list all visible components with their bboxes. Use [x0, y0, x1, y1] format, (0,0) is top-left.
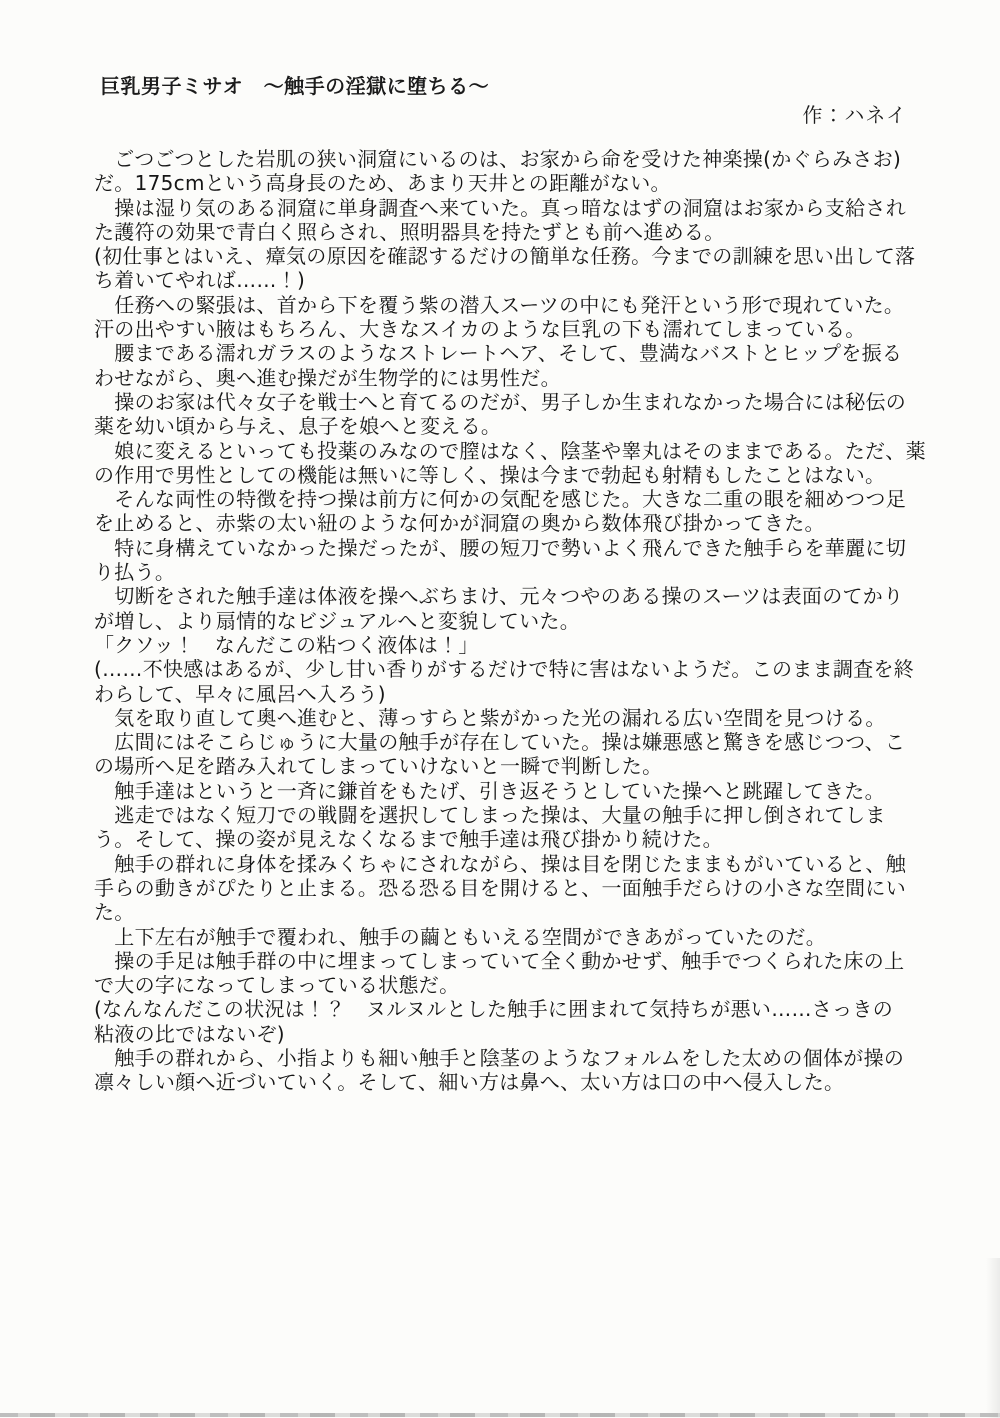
text-line: 操の手足は触手群の中に埋まってしまっていて全く動かせず、触手でつくられた床の上: [94, 949, 918, 973]
text-line: (なんなんだこの状況は！？ ヌルヌルとした触手に囲まれて気持ちが悪い……さっきの: [94, 997, 918, 1021]
author-credit: 作：ハネイ: [95, 99, 907, 128]
text-line: 粘液の比ではないぞ): [94, 1022, 918, 1046]
text-line: 上下左右が触手で覆われ、触手の繭ともいえる空間ができあがっていたのだ。: [94, 925, 918, 949]
text-line: り払う。: [94, 560, 918, 584]
scanned-page: 巨乳男子ミサオ ～触手の淫獄に堕ちる～ 作：ハネイ ごつごつとした岩肌の狭い洞窟…: [0, 0, 1000, 1418]
text-line: 手らの動きがぴたりと止まる。恐る恐る目を開けると、一面触手だらけの小さな空間にい: [94, 876, 918, 900]
text-line: た。: [94, 900, 918, 924]
text-line: 特に身構えていなかった操だったが、腰の短刀で勢いよく飛んできた触手らを華麗に切: [94, 536, 918, 560]
text-line: 腰まである濡れガラスのようなストレートヘア、そして、豊満なバストとヒップを振る: [94, 341, 918, 365]
text-line: 汗の出やすい腋はもちろん、大きなスイカのような巨乳の下も濡れてしまっている。: [94, 317, 918, 341]
text-line: 触手達はというと一斉に鎌首をもたげ、引き返そうとしていた操へと跳躍してきた。: [94, 779, 918, 803]
text-line: で大の字になってしまっている状態だ。: [94, 973, 918, 997]
text-line: そんな両性の特徴を持つ操は前方に何かの気配を感じた。大きな二重の眼を細めつつ足: [94, 487, 918, 511]
text-line: 触手の群れに身体を揉みくちゃにされながら、操は目を閉じたままもがいていると、触: [94, 852, 918, 876]
text-line: の場所へ足を踏み入れてしまっていけないと一瞬で判断した。: [94, 754, 918, 778]
story-text: ごつごつとした岩肌の狭い洞窟にいるのは、お家から命を受けた神楽操(かぐらみさお)…: [94, 147, 918, 1095]
text-line: わらして、早々に風呂へ入ろう): [94, 682, 918, 706]
text-line: ごつごつとした岩肌の狭い洞窟にいるのは、お家から命を受けた神楽操(かぐらみさお): [94, 147, 918, 171]
text-line: (初仕事とはいえ、瘴気の原因を確認するだけの簡単な任務。今までの訓練を思い出して…: [94, 244, 918, 268]
text-line: 任務への緊張は、首から下を覆う紫の潜入スーツの中にも発汗という形で現れていた。: [94, 293, 918, 317]
text-line: 触手の群れから、小指よりも細い触手と陰茎のようなフォルムをした太めの個体が操の: [94, 1046, 918, 1070]
text-line: た護符の効果で青白く照らされ、照明器具を持たずとも前へ進める。: [94, 220, 918, 244]
text-line: 逃走ではなく短刀での戦闘を選択してしまった操は、大量の触手に押し倒されてしま: [94, 803, 918, 827]
text-line: 気を取り直して奥へ進むと、薄っすらと紫がかった光の漏れる広い空間を見つける。: [94, 706, 918, 730]
scan-shadow: [986, 1258, 1000, 1418]
page-title: 巨乳男子ミサオ ～触手の淫獄に堕ちる～: [100, 70, 489, 99]
text-line: う。そして、操の姿が見えなくなるまで触手達は飛び掛かり続けた。: [94, 827, 918, 851]
text-line: 操は湿り気のある洞窟に単身調査へ来ていた。真っ暗なはずの洞窟はお家から支給され: [94, 196, 918, 220]
text-line: が増し、より扇情的なビジュアルへと変貌していた。: [94, 609, 918, 633]
text-line: 薬を幼い頃から与え、息子を娘へと変える。: [94, 414, 918, 438]
text-line: 操のお家は代々女子を戦士へと育てるのだが、男子しか生まれなかった場合には秘伝の: [94, 390, 918, 414]
text-line: だ。175cmという高身長のため、あまり天井との距離がない。: [94, 171, 918, 195]
text-line: を止めると、赤紫の太い紐のような何かが洞窟の奥から数体飛び掛かってきた。: [94, 511, 918, 535]
text-line: の作用で男性としての機能は無いに等しく、操は今まで勃起も射精もしたことはない。: [94, 463, 918, 487]
text-line: わせながら、奥へ進む操だが生物学的には男性だ。: [94, 366, 918, 390]
scan-edge-artifact: [0, 1413, 1000, 1417]
text-line: 切断をされた触手達は体液を操へぶちまけ、元々つやのある操のスーツは表面のてかり: [94, 584, 918, 608]
text-line: (……不快感はあるが、少し甘い香りがするだけで特に害はないようだ。このまま調査を…: [94, 657, 918, 681]
text-line: 広間にはそこらじゅうに大量の触手が存在していた。操は嫌悪感と驚きを感じつつ、こ: [94, 730, 918, 754]
text-line: ち着いてやれば……！): [94, 268, 918, 292]
text-line: 娘に変えるといっても投薬のみなので膣はなく、陰茎や睾丸はそのままである。ただ、薬: [94, 439, 918, 463]
text-line: 「クソッ！ なんだこの粘つく液体は！」: [94, 633, 918, 657]
text-line: 凛々しい顔へ近づいていく。そして、細い方は鼻へ、太い方は口の中へ侵入した。: [94, 1070, 918, 1094]
